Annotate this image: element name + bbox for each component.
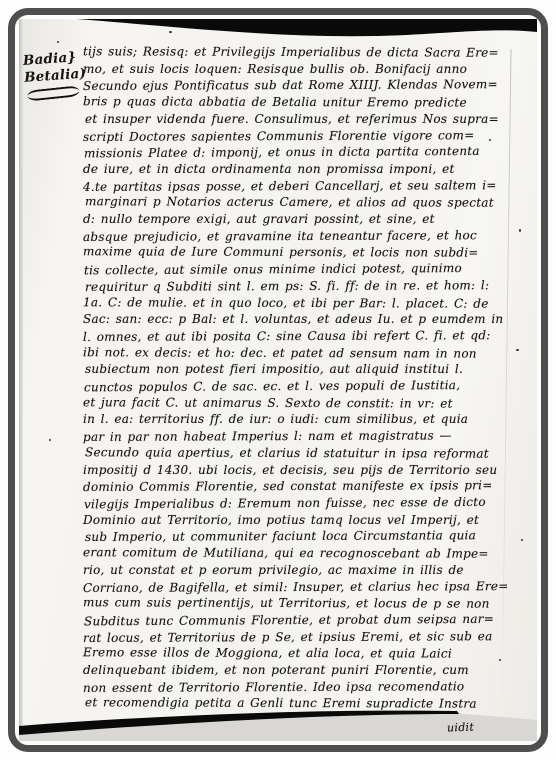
margin-note-underline — [27, 85, 80, 101]
scanned-manuscript-page: Badia} Betalia) tijs suis; Resisq: et Pr… — [0, 0, 556, 760]
text-line: impositij d 1430. ubi locis, et decisis,… — [83, 462, 521, 479]
text-line: ibi not. ex decis: et ho: dec. et patet … — [83, 344, 521, 362]
text-line: delinquebant ibidem, et non poterant pun… — [83, 662, 521, 679]
text-line: subiectum non potest fieri impositio, au… — [83, 361, 521, 378]
text-line: missionis Platee d: imponij, et onus in … — [83, 143, 521, 162]
text-line: sub Imperio, ut communiter faciunt loca … — [83, 527, 521, 546]
text-line: l. omnes, et aut ibi posita C: sine Caus… — [83, 327, 521, 346]
ink-speck — [169, 31, 172, 33]
text-line: par in par non habeat Imperius l: nam et… — [83, 427, 521, 446]
text-line: Dominio aut Territorio, imo potius tamq … — [83, 512, 521, 529]
text-line: 1a. C: de mulie. et in quo loco, et ibi … — [83, 294, 521, 312]
text-line: d: nullo tempore exigi, aut gravari poss… — [83, 211, 521, 228]
manuscript-scan: Badia} Betalia) tijs suis; Resisq: et Pr… — [19, 19, 537, 741]
text-line: bris p quas dicta abbatia de Betalia uni… — [83, 93, 521, 111]
text-line: Eremo esse illos de Moggiona, et alia lo… — [83, 645, 521, 663]
text-line: in l. ea: territorius ff. de iur: o iudi… — [83, 411, 521, 428]
text-line: cunctos populos C. de sac. ec. et l. ves… — [83, 377, 521, 396]
text-line: de iure, et in dicta ordinamenta non pro… — [83, 161, 521, 178]
ink-speck — [57, 41, 59, 43]
text-line: Secundo quia apertius, et clarius id sta… — [83, 444, 521, 462]
text-line: tijs suis; Resisq: et Privilegijs Imperi… — [83, 43, 521, 61]
text-line: et insuper videnda fuere. Consulimus, et… — [83, 111, 521, 128]
text-line: Corriano, de Bagifella, et simil: Insupe… — [83, 578, 521, 597]
text-line: Secundo ejus Pontificatus sub dat Rome X… — [83, 76, 521, 95]
text-line: tis collecte, aut simile onus minime ind… — [83, 260, 521, 279]
text-line: vilegijs Imperialibus d: Eremum non fuis… — [83, 494, 521, 513]
ink-speck — [521, 539, 523, 541]
text-line: marginari p Notarios acterus Camere, et … — [83, 194, 521, 212]
text-line: Subditus tunc Communis Florentie, et pro… — [83, 611, 521, 630]
text-line: mo, et suis locis loquen: Resisque bulli… — [83, 61, 521, 78]
text-line: rio, ut constat et p eorum privilegio, a… — [83, 562, 521, 579]
text-line: requiritur q Subditi sint l. em ps: S. f… — [83, 277, 521, 296]
ink-speck — [49, 439, 51, 441]
text-line: mus cum suis pertinentijs, ut Territoriu… — [83, 594, 521, 612]
text-line: et recomendigia petita a Genli tunc Erem… — [83, 695, 521, 713]
catchword: uidit — [447, 721, 475, 735]
text-line: Sac: san: ecc: p Bal: et l. voluntas, et… — [83, 311, 521, 328]
manuscript-text: tijs suis; Resisq: et Privilegijs Imperi… — [83, 44, 521, 712]
scan-left-edge — [19, 19, 23, 741]
text-line: erant comitum de Mutiliana, qui ea recog… — [83, 544, 521, 562]
text-line: et jura facit C. ut animarus S. Sexto de… — [83, 394, 521, 412]
